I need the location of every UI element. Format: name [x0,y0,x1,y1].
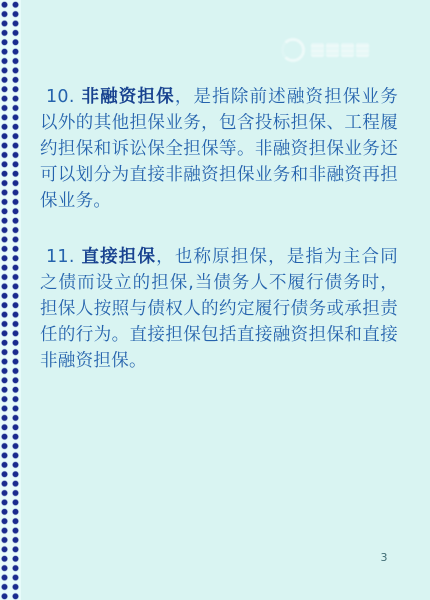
term-label: 非融资担保 [81,87,174,107]
item-number: 10. [46,87,81,107]
dotted-border [0,0,21,600]
logo-glyph [356,43,369,57]
page-number: 3 [378,551,390,564]
logo-glyph [311,43,324,57]
definitions-list: 10. 非融资担保，是指除前述融资担保业务以外的其他担保业务，包含投标担保、工程… [40,84,398,404]
brand-logo-watermark [281,34,381,66]
logo-glyph [341,43,354,57]
definition-item-11: 11. 直接担保，也称原担保，是指为主合同之债而设立的担保,当债务人不履行债务时… [40,244,398,374]
logo-glyph [326,43,339,57]
item-number: 11. [46,247,81,267]
logo-wordmark [311,43,369,57]
definition-item-10: 10. 非融资担保，是指除前述融资担保业务以外的其他担保业务，包含投标担保、工程… [40,84,398,214]
term-label: 直接担保 [81,247,156,267]
logo-circle-icon [281,38,305,62]
